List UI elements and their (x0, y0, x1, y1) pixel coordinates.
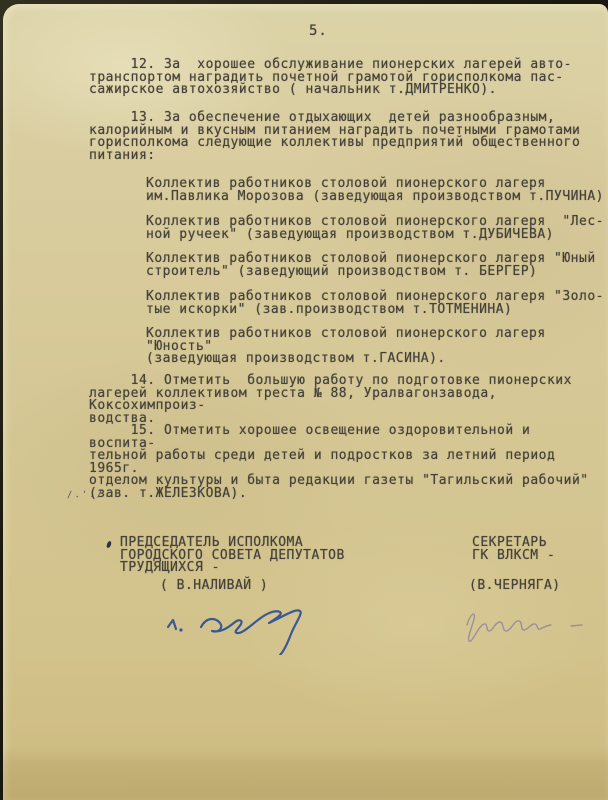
paragraph-14: 14. Отметить большую работу по подготовк… (89, 375, 604, 425)
signature-title-secretary: СЕКРЕТАРЬ ГК ВЛКСМ - (472, 537, 602, 562)
faded-ink-signature-icon (451, 597, 586, 655)
handwritten-signature-blue (155, 587, 365, 655)
blue-ink-signature-icon (155, 587, 365, 655)
pen-marks: /.'./. (67, 489, 112, 502)
paragraph-13: 13. За обеспечение отдыхающих детей разн… (89, 112, 599, 162)
collective-item: Коллектив работников столовой пионерског… (146, 216, 606, 241)
collective-item: Коллектив работников столовой пионерског… (146, 253, 606, 278)
collective-item: Коллектив работников столовой пионерског… (146, 291, 606, 316)
collective-item: Коллектив работников столовой пионерског… (146, 178, 606, 203)
paragraph-15: 15. Отметить хорошее освещение оздоровит… (89, 425, 604, 500)
handwritten-signature-faded (451, 597, 586, 655)
ink-dot-mark (106, 541, 112, 549)
collective-item: Коллектив работников столовой пионерског… (146, 328, 608, 366)
signature-title-chairman: ПРЕДСЕДАТЕЛЬ ИСПОЛКОМА ГОРОДСКОГО СОВЕТА… (120, 537, 390, 575)
scanned-document: 5. 12. За хорошее обслуживание пионерски… (0, 0, 608, 800)
paragraph-12: 12. За хорошее обслуживание пионерских л… (89, 59, 599, 97)
signature-name-chernyaga: (В.ЧЕРНЯГА) (469, 580, 561, 593)
document-page: 5. 12. За хорошее обслуживание пионерски… (3, 4, 608, 800)
page-number: 5. (309, 25, 328, 38)
